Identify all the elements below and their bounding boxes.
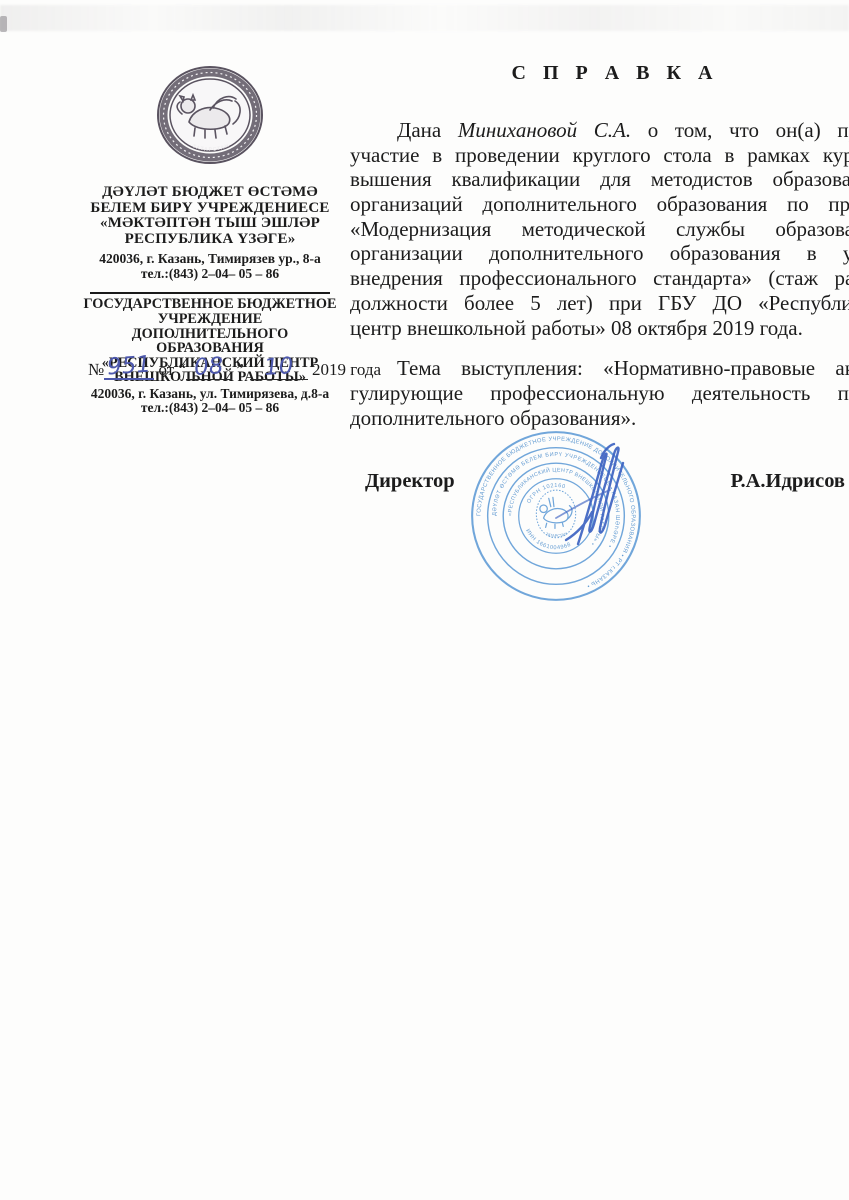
phone-line: тел.:(843) 2–04– 05 – 86 <box>78 401 342 416</box>
director-name: Р.А.Идрисов <box>731 470 845 493</box>
ot-label: от <box>158 360 174 380</box>
org-tatar-line: БЕЛЕМ БИРҮ УЧРЕЖДЕНИЕСЕ <box>78 201 342 217</box>
doc-number-slot: 951 <box>104 352 154 380</box>
org-tatar-line: «МӘКТӘПТӘН ТЫШ ЭШЛӘР <box>78 216 342 232</box>
document-title: С П Р А В К А <box>350 62 849 85</box>
body-line: гулирующие профессиональную деятельность… <box>350 381 849 406</box>
body-line: внедрения профессионального стандарта» (… <box>350 266 849 291</box>
body-line: должности более 5 лет) при ГБУ ДО «Респу… <box>350 291 849 316</box>
scan-edge-smudge <box>0 16 7 32</box>
body-text-fragment: о том, что он(а) принял(а) <box>648 118 849 142</box>
org-rus-address: 420036, г. Казань, ул. Тимирязева, д.8-а… <box>78 387 342 416</box>
month-slot: 10 <box>250 353 308 380</box>
body-text-fragment: Дана <box>397 118 441 142</box>
org-rus-line: ГОСУДАРСТВЕННОЕ БЮДЖЕТНОЕ <box>78 297 342 312</box>
address-line: 420036, г. Казань, Тимирязев ур., 8-а <box>78 252 342 267</box>
org-tatar-line: РЕСПУБЛИКА ҮЗӘГЕ» <box>78 232 342 248</box>
org-tatar-address: 420036, г. Казань, Тимирязев ур., 8-а те… <box>78 252 342 281</box>
body-line: участие в проведении круглого стола в ра… <box>350 143 849 168</box>
day-slot: 08 <box>186 353 232 380</box>
recipient-name: Минихановой С.А. <box>458 118 631 142</box>
handwritten-signature-icon <box>548 418 678 568</box>
address-line: 420036, г. Казань, ул. Тимирязева, д.8-а <box>78 387 342 402</box>
body-text: Дана Минихановой С.А. о том, что он(а) п… <box>350 118 849 430</box>
org-rus-line: УЧРЕЖДЕНИЕ ДОПОЛНИТЕЛЬНОГО <box>78 312 342 341</box>
tatarstan-emblem-icon: ТАТАРСТАН <box>155 64 265 173</box>
handwritten-doc-number: 951 <box>106 351 152 380</box>
body-line: «Модернизация методической службы образо… <box>350 217 849 242</box>
close-quote: ” <box>236 360 244 380</box>
handwritten-day: 08 <box>194 353 225 381</box>
body-line: Дана Минихановой С.А. о том, что он(а) п… <box>350 118 849 143</box>
handwritten-month: 10 <box>263 353 294 381</box>
org-name-tatar: ДӘҮЛӘТ БЮДЖЕТ ӨСТӘМӘ БЕЛЕМ БИРҮ УЧРЕЖДЕН… <box>78 185 342 247</box>
org-tatar-line: ДӘҮЛӘТ БЮДЖЕТ ӨСТӘМӘ <box>78 185 342 201</box>
body-line: центр внешкольной работы» 08 октября 201… <box>350 316 849 341</box>
body-line: Тема выступления: «Нормативно-правовые а… <box>350 356 849 381</box>
body-line: организации дополнительного образования … <box>350 241 849 266</box>
phone-line: тел.:(843) 2–04– 05 – 86 <box>78 267 342 282</box>
body-line: вышения квалификации для методистов обра… <box>350 167 849 192</box>
number-sign-label: № <box>88 360 104 380</box>
open-quote: “ <box>178 360 186 380</box>
scanned-document-page: ТАТАРСТАН ДӘҮЛӘТ БЮДЖЕТ ӨСТӘМӘ БЕЛЕМ БИР… <box>0 0 849 1200</box>
letterhead-divider <box>90 292 330 294</box>
position-label: Директор <box>365 470 455 493</box>
body-line: организаций дополнительного образования … <box>350 192 849 217</box>
scan-noise-band <box>0 5 849 31</box>
